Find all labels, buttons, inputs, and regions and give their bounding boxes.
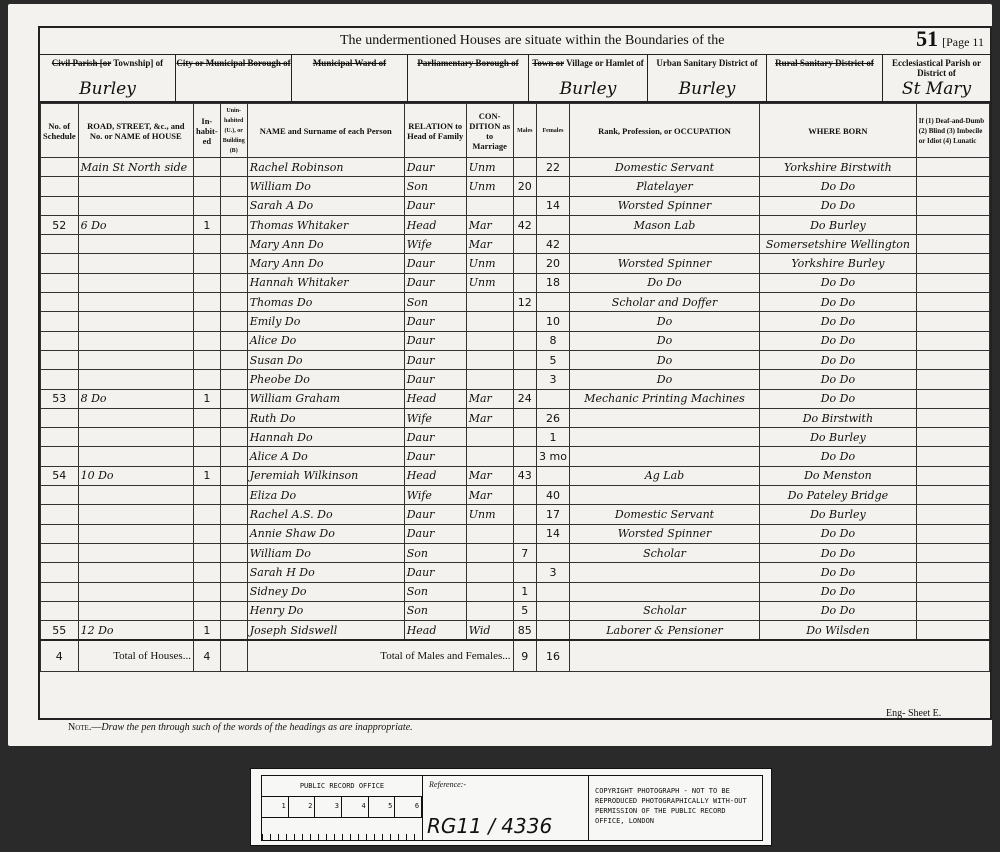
- relation: Son: [404, 543, 466, 562]
- uninhabited-count: [220, 466, 247, 485]
- age-female: 20: [537, 254, 570, 273]
- infirmity: [916, 563, 989, 582]
- relation: Head: [404, 466, 466, 485]
- table-row: Mary Ann DoDaurUnm20Worsted SpinnerYorks…: [41, 254, 990, 273]
- occupation: Laborer & Pensioner: [569, 621, 759, 641]
- relation: Head: [404, 215, 466, 234]
- condition: Unm: [466, 158, 513, 177]
- infirmity: [916, 428, 989, 447]
- condition: Unm: [466, 273, 513, 292]
- age-male: 1: [513, 582, 536, 601]
- relation: Daur: [404, 254, 466, 273]
- relation: Daur: [404, 447, 466, 466]
- col-males: Males: [513, 104, 536, 158]
- uninhabited-count: [220, 312, 247, 331]
- road-address: 8 Do: [78, 389, 193, 408]
- infirmity: [916, 331, 989, 350]
- condition: Mar: [466, 466, 513, 485]
- occupation: Scholar: [569, 543, 759, 562]
- schedule-number: [41, 428, 79, 447]
- col-road: ROAD, STREET, &c., and No. or NAME of HO…: [78, 104, 193, 158]
- age-female: 14: [537, 196, 570, 215]
- person-name: Mary Ann Do: [247, 235, 404, 254]
- person-name: Sarah H Do: [247, 563, 404, 582]
- condition: [466, 582, 513, 601]
- uninhabited-count: [220, 389, 247, 408]
- occupation: Scholar: [569, 601, 759, 620]
- col-condition: CON-DITION as to Marriage: [466, 104, 513, 158]
- where-born: Do Do: [760, 273, 917, 292]
- ruler-ticks: [262, 818, 422, 840]
- person-name: Alice A Do: [247, 447, 404, 466]
- sheet-label: Eng- Sheet E.: [886, 708, 941, 719]
- form-note: Note.—Draw the pen through such of the w…: [68, 722, 413, 733]
- total-schedules: 4: [41, 640, 79, 672]
- where-born: Do Do: [760, 582, 917, 601]
- age-female: 42: [537, 235, 570, 254]
- inhabited-count: [193, 254, 220, 273]
- total-houses-inhabited: 4: [193, 640, 220, 672]
- infirmity: [916, 601, 989, 620]
- totals-blank: [569, 640, 989, 672]
- table-row: Mary Ann DoWifeMar42Somersetshire Wellin…: [41, 235, 990, 254]
- boundary-village: Town or Village or Hamlet ofBurley: [529, 55, 648, 101]
- col-uninhabited: Unin-habited (U.), or Building (B): [220, 104, 247, 158]
- uninhabited-count: [220, 158, 247, 177]
- census-table: No. of Schedule ROAD, STREET, &c., and N…: [40, 103, 990, 672]
- table-row: 5512 Do1Joseph SidswellHeadWid85Laborer …: [41, 621, 990, 641]
- age-male: [513, 196, 536, 215]
- condition: [466, 331, 513, 350]
- relation: Daur: [404, 158, 466, 177]
- occupation: Worsted Spinner: [569, 524, 759, 543]
- road-address: [78, 254, 193, 273]
- occupation: [569, 563, 759, 582]
- uninhabited-count: [220, 505, 247, 524]
- road-address: [78, 601, 193, 620]
- road-address: [78, 582, 193, 601]
- person-name: Emily Do: [247, 312, 404, 331]
- inhabited-count: [193, 293, 220, 312]
- schedule-number: [41, 273, 79, 292]
- uninhabited-count: [220, 350, 247, 369]
- where-born: Yorkshire Birstwith: [760, 158, 917, 177]
- where-born: Do Do: [760, 293, 917, 312]
- schedule-number: 54: [41, 466, 79, 485]
- road-address: 10 Do: [78, 466, 193, 485]
- infirmity: [916, 177, 989, 196]
- record-office-title: PUBLIC RECORD OFFICE: [262, 776, 422, 797]
- road-address: [78, 486, 193, 505]
- scale-numbers: 123456: [262, 797, 422, 818]
- age-male: 12: [513, 293, 536, 312]
- relation: Son: [404, 601, 466, 620]
- person-name: Sidney Do: [247, 582, 404, 601]
- infirmity: [916, 273, 989, 292]
- infirmity: [916, 158, 989, 177]
- col-occupation: Rank, Profession, or OCCUPATION: [569, 104, 759, 158]
- schedule-number: [41, 486, 79, 505]
- person-name: Rachel A.S. Do: [247, 505, 404, 524]
- infirmity: [916, 486, 989, 505]
- person-name: Thomas Whitaker: [247, 215, 404, 234]
- age-female: [537, 601, 570, 620]
- table-row: 5410 Do1Jeremiah WilkinsonHeadMar43Ag La…: [41, 466, 990, 485]
- person-name: Joseph Sidswell: [247, 621, 404, 641]
- age-female: 3: [537, 563, 570, 582]
- inhabited-count: 1: [193, 389, 220, 408]
- where-born: Do Do: [760, 331, 917, 350]
- table-row: Alice A DoDaur3 moDo Do: [41, 447, 990, 466]
- age-female: [537, 582, 570, 601]
- infirmity: [916, 350, 989, 369]
- table-row: Eliza DoWifeMar40Do Pateley Bridge: [41, 486, 990, 505]
- infirmity: [916, 524, 989, 543]
- person-name: Pheobe Do: [247, 370, 404, 389]
- age-female: 40: [537, 486, 570, 505]
- form-title: The undermentioned Houses are situate wi…: [340, 33, 725, 49]
- where-born: Do Menston: [760, 466, 917, 485]
- road-address: [78, 350, 193, 369]
- condition: [466, 524, 513, 543]
- relation: Wife: [404, 408, 466, 427]
- scale-ruler: PUBLIC RECORD OFFICE 123456: [262, 776, 423, 840]
- uninhabited-count: [220, 447, 247, 466]
- occupation: Do: [569, 350, 759, 369]
- infirmity: [916, 293, 989, 312]
- col-schedule: No. of Schedule: [41, 104, 79, 158]
- road-address: [78, 235, 193, 254]
- occupation: Do: [569, 312, 759, 331]
- person-name: William Graham: [247, 389, 404, 408]
- person-name: Hannah Whitaker: [247, 273, 404, 292]
- condition: [466, 428, 513, 447]
- schedule-number: 53: [41, 389, 79, 408]
- col-females: Females: [537, 104, 570, 158]
- schedule-number: [41, 524, 79, 543]
- schedule-number: 55: [41, 621, 79, 641]
- uninhabited-count: [220, 273, 247, 292]
- boundary-ecclesiastical-parish: Ecclesiastical Parish or District ofSt M…: [883, 55, 990, 101]
- person-name: Annie Shaw Do: [247, 524, 404, 543]
- inhabited-count: [193, 447, 220, 466]
- occupation: Do Do: [569, 273, 759, 292]
- total-females: 16: [537, 640, 570, 672]
- col-infirmity: If (1) Deaf-and-Dumb (2) Blind (3) Imbec…: [916, 104, 989, 158]
- road-address: [78, 428, 193, 447]
- occupation: Mechanic Printing Machines: [569, 389, 759, 408]
- where-born: Do Burley: [760, 215, 917, 234]
- table-row: Sarah A DoDaur14Worsted SpinnerDo Do: [41, 196, 990, 215]
- table-row: Annie Shaw DoDaur14Worsted SpinnerDo Do: [41, 524, 990, 543]
- age-female: 14: [537, 524, 570, 543]
- condition: [466, 196, 513, 215]
- condition: Unm: [466, 254, 513, 273]
- age-male: 85: [513, 621, 536, 641]
- person-name: Susan Do: [247, 350, 404, 369]
- condition: Mar: [466, 389, 513, 408]
- table-row: Hannah DoDaur1Do Burley: [41, 428, 990, 447]
- person-name: Sarah A Do: [247, 196, 404, 215]
- relation: Daur: [404, 505, 466, 524]
- relation: Daur: [404, 273, 466, 292]
- infirmity: [916, 215, 989, 234]
- table-row: Pheobe DoDaur3DoDo Do: [41, 370, 990, 389]
- schedule-number: [41, 312, 79, 331]
- inhabited-count: [193, 524, 220, 543]
- occupation: Do: [569, 331, 759, 350]
- relation: Daur: [404, 196, 466, 215]
- table-row: William DoSon7ScholarDo Do: [41, 543, 990, 562]
- person-name: Ruth Do: [247, 408, 404, 427]
- relation: Wife: [404, 235, 466, 254]
- schedule-number: 52: [41, 215, 79, 234]
- relation: Daur: [404, 370, 466, 389]
- occupation: Ag Lab: [569, 466, 759, 485]
- col-where-born: WHERE BORN: [760, 104, 917, 158]
- inhabited-count: [193, 505, 220, 524]
- person-name: Rachel Robinson: [247, 158, 404, 177]
- person-name: Eliza Do: [247, 486, 404, 505]
- infirmity: [916, 505, 989, 524]
- person-name: Jeremiah Wilkinson: [247, 466, 404, 485]
- schedule-number: [41, 196, 79, 215]
- age-male: [513, 524, 536, 543]
- schedule-number: [41, 254, 79, 273]
- table-row: Main St North sideRachel RobinsonDaurUnm…: [41, 158, 990, 177]
- copyright-notice: COPYRIGHT PHOTOGRAPH - NOT TO BE REPRODU…: [589, 776, 762, 840]
- total-persons-label: Total of Males and Females...: [247, 640, 513, 672]
- age-male: [513, 331, 536, 350]
- condition: Mar: [466, 235, 513, 254]
- schedule-number: [41, 582, 79, 601]
- col-name: NAME and Surname of each Person: [247, 104, 404, 158]
- age-female: 8: [537, 331, 570, 350]
- census-page: The undermentioned Houses are situate wi…: [8, 4, 992, 746]
- inhabited-count: [193, 408, 220, 427]
- boundary-municipal-borough: City or Municipal Borough of: [176, 55, 292, 101]
- condition: [466, 543, 513, 562]
- condition: [466, 350, 513, 369]
- condition: [466, 563, 513, 582]
- age-male: [513, 158, 536, 177]
- condition: Wid: [466, 621, 513, 641]
- where-born: Do Do: [760, 196, 917, 215]
- inhabited-count: 1: [193, 215, 220, 234]
- occupation: Worsted Spinner: [569, 196, 759, 215]
- uninhabited-count: [220, 254, 247, 273]
- inhabited-count: [193, 177, 220, 196]
- age-male: 20: [513, 177, 536, 196]
- table-row: 538 Do1William GrahamHeadMar24Mechanic P…: [41, 389, 990, 408]
- uninhabited-count: [220, 486, 247, 505]
- age-male: [513, 447, 536, 466]
- occupation: [569, 428, 759, 447]
- relation: Daur: [404, 563, 466, 582]
- road-address: 12 Do: [78, 621, 193, 641]
- uninhabited-count: [220, 177, 247, 196]
- col-inhabited: In-habit-ed: [193, 104, 220, 158]
- schedule-number: [41, 563, 79, 582]
- table-row: Sarah H DoDaur3Do Do: [41, 563, 990, 582]
- condition: [466, 601, 513, 620]
- where-born: Do Burley: [760, 505, 917, 524]
- schedule-number: [41, 408, 79, 427]
- condition: Unm: [466, 505, 513, 524]
- infirmity: [916, 447, 989, 466]
- inhabited-count: [193, 428, 220, 447]
- where-born: Do Do: [760, 543, 917, 562]
- census-form: The undermentioned Houses are situate wi…: [38, 26, 992, 720]
- infirmity: [916, 235, 989, 254]
- uninhabited-count: [220, 621, 247, 641]
- age-female: [537, 389, 570, 408]
- where-born: Do Do: [760, 177, 917, 196]
- inhabited-count: [193, 370, 220, 389]
- age-female: 10: [537, 312, 570, 331]
- where-born: Do Wilsden: [760, 621, 917, 641]
- header-row: No. of Schedule ROAD, STREET, &c., and N…: [41, 104, 990, 158]
- where-born: Do Do: [760, 350, 917, 369]
- inhabited-count: [193, 235, 220, 254]
- uninhabited-count: [220, 428, 247, 447]
- person-name: William Do: [247, 543, 404, 562]
- total-males: 9: [513, 640, 536, 672]
- boundary-township: Civil Parish [or Township] ofBurley: [40, 55, 176, 101]
- age-female: 3: [537, 370, 570, 389]
- uninhabited-count: [220, 293, 247, 312]
- where-born: Yorkshire Burley: [760, 254, 917, 273]
- uninhabited-count: [220, 524, 247, 543]
- table-row: Alice DoDaur8DoDo Do: [41, 331, 990, 350]
- infirmity: [916, 582, 989, 601]
- schedule-number: [41, 543, 79, 562]
- occupation: Worsted Spinner: [569, 254, 759, 273]
- infirmity: [916, 621, 989, 641]
- inhabited-count: [193, 196, 220, 215]
- road-address: [78, 273, 193, 292]
- inhabited-count: 1: [193, 621, 220, 641]
- condition: [466, 447, 513, 466]
- uninhabited-count: [220, 235, 247, 254]
- schedule-number: [41, 447, 79, 466]
- road-address: [78, 312, 193, 331]
- person-name: William Do: [247, 177, 404, 196]
- condition: [466, 293, 513, 312]
- occupation: [569, 408, 759, 427]
- total-houses-uninhabited: [220, 640, 247, 672]
- road-address: [78, 177, 193, 196]
- occupation: [569, 486, 759, 505]
- uninhabited-count: [220, 196, 247, 215]
- age-male: 43: [513, 466, 536, 485]
- inhabited-count: [193, 601, 220, 620]
- table-row: 526 Do1Thomas WhitakerHeadMar42Mason Lab…: [41, 215, 990, 234]
- age-male: [513, 350, 536, 369]
- age-male: [513, 235, 536, 254]
- age-male: [513, 428, 536, 447]
- age-male: 5: [513, 601, 536, 620]
- age-female: [537, 621, 570, 641]
- person-name: Alice Do: [247, 331, 404, 350]
- road-address: [78, 370, 193, 389]
- uninhabited-count: [220, 370, 247, 389]
- where-born: Do Do: [760, 447, 917, 466]
- schedule-number: [41, 601, 79, 620]
- inhabited-count: [193, 543, 220, 562]
- person-name: Mary Ann Do: [247, 254, 404, 273]
- age-female: 3 mo: [537, 447, 570, 466]
- age-female: 17: [537, 505, 570, 524]
- total-houses-label: Total of Houses...: [78, 640, 193, 672]
- age-female: 26: [537, 408, 570, 427]
- table-row: Susan DoDaur5DoDo Do: [41, 350, 990, 369]
- col-relation: RELATION to Head of Family: [404, 104, 466, 158]
- condition: [466, 312, 513, 331]
- age-female: 18: [537, 273, 570, 292]
- relation: Son: [404, 293, 466, 312]
- relation: Daur: [404, 312, 466, 331]
- inhabited-count: [193, 582, 220, 601]
- occupation: [569, 235, 759, 254]
- age-male: [513, 312, 536, 331]
- condition: [466, 370, 513, 389]
- schedule-number: [41, 158, 79, 177]
- occupation: Do: [569, 370, 759, 389]
- age-male: [513, 273, 536, 292]
- where-born: Do Pateley Bridge: [760, 486, 917, 505]
- age-male: [513, 563, 536, 582]
- inhabited-count: [193, 273, 220, 292]
- age-male: [513, 370, 536, 389]
- infirmity: [916, 408, 989, 427]
- relation: Daur: [404, 524, 466, 543]
- relation: Daur: [404, 331, 466, 350]
- schedule-number: [41, 331, 79, 350]
- where-born: Do Burley: [760, 428, 917, 447]
- road-address: [78, 331, 193, 350]
- occupation: Platelayer: [569, 177, 759, 196]
- where-born: Do Birstwith: [760, 408, 917, 427]
- reference-label: Reference:-: [429, 780, 466, 789]
- uninhabited-count: [220, 215, 247, 234]
- inhabited-count: [193, 563, 220, 582]
- table-row: William DoSonUnm20PlatelayerDo Do: [41, 177, 990, 196]
- schedule-number: [41, 370, 79, 389]
- relation: Head: [404, 621, 466, 641]
- uninhabited-count: [220, 408, 247, 427]
- uninhabited-count: [220, 563, 247, 582]
- age-male: [513, 486, 536, 505]
- age-male: [513, 254, 536, 273]
- reference-box: Reference:- RG11 / 4336: [423, 776, 589, 840]
- age-male: 24: [513, 389, 536, 408]
- age-male: 42: [513, 215, 536, 234]
- age-female: [537, 215, 570, 234]
- road-address: 6 Do: [78, 215, 193, 234]
- uninhabited-count: [220, 582, 247, 601]
- occupation: Domestic Servant: [569, 505, 759, 524]
- road-address: Main St North side: [78, 158, 193, 177]
- infirmity: [916, 370, 989, 389]
- infirmity: [916, 254, 989, 273]
- condition: Mar: [466, 408, 513, 427]
- relation: Daur: [404, 350, 466, 369]
- relation: Wife: [404, 486, 466, 505]
- condition: Mar: [466, 486, 513, 505]
- inhabited-count: [193, 158, 220, 177]
- uninhabited-count: [220, 601, 247, 620]
